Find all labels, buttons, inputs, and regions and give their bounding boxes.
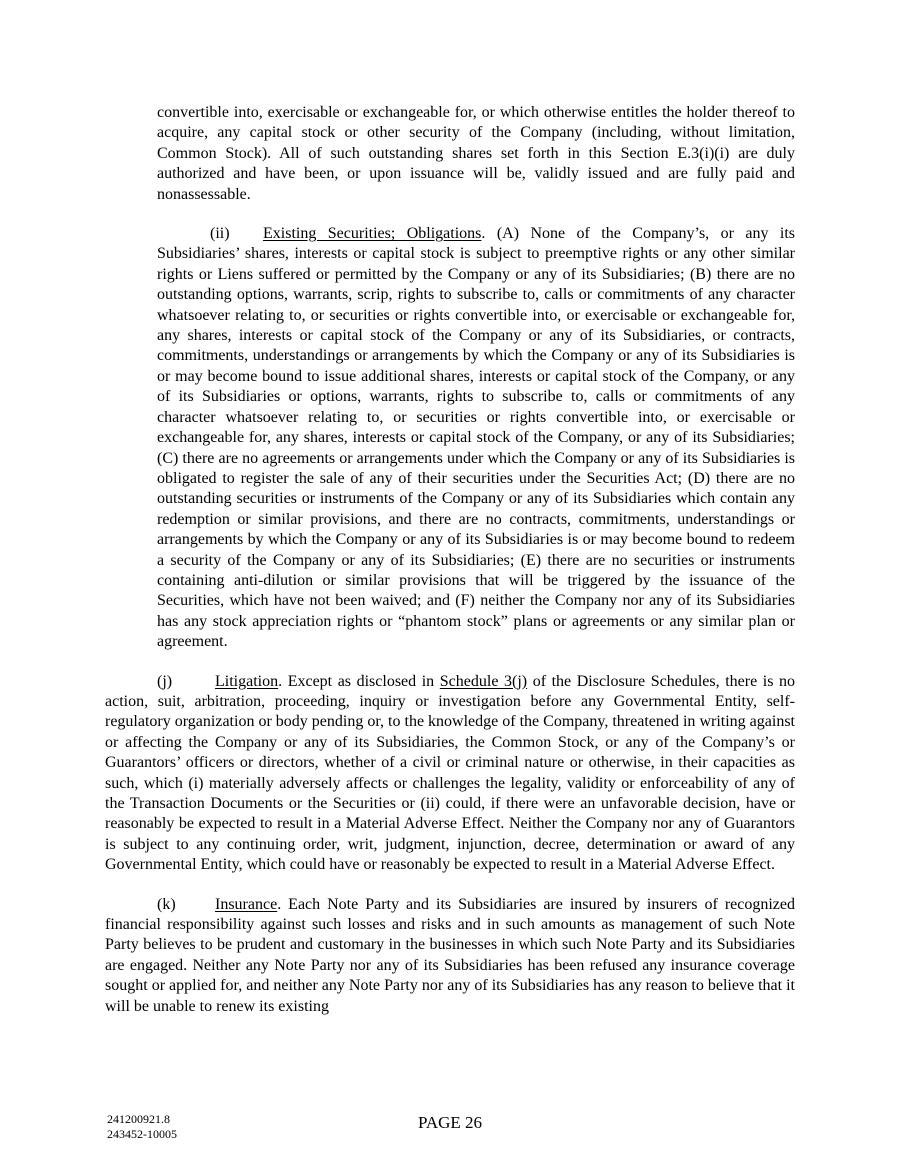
paragraph-k-insurance: (k)Insurance. Each Note Party and its Su… (105, 895, 795, 1017)
clause-heading-existing-securities: Existing Securities; Obligations (263, 225, 481, 242)
paragraph-continuation: convertible into, exercisable or exchang… (157, 103, 795, 205)
paragraph-continuation-text: convertible into, exercisable or exchang… (157, 104, 795, 203)
paragraph-ii-text: . (A) None of the Company’s, or any its … (157, 225, 795, 650)
clause-label-k: (k) (157, 895, 215, 915)
paragraph-j-litigation: (j)Litigation. Except as disclosed in Sc… (105, 672, 795, 876)
schedule-3j-reference: Schedule 3(j) (440, 673, 527, 690)
document-body: convertible into, exercisable or exchang… (105, 103, 795, 1036)
clause-heading-litigation: Litigation (215, 673, 278, 690)
paragraph-j-text-post: of the Disclosure Schedules, there is no… (105, 673, 795, 874)
clause-label-ii: (ii) (210, 224, 263, 244)
footer-page-number: PAGE 26 (0, 1113, 900, 1133)
paragraph-j-text-pre: . Except as disclosed in (278, 673, 440, 690)
paragraph-ii-existing-securities: (ii)Existing Securities; Obligations. (A… (157, 224, 795, 653)
clause-heading-insurance: Insurance (215, 896, 277, 913)
document-page: convertible into, exercisable or exchang… (0, 0, 900, 1165)
clause-label-j: (j) (157, 672, 215, 692)
